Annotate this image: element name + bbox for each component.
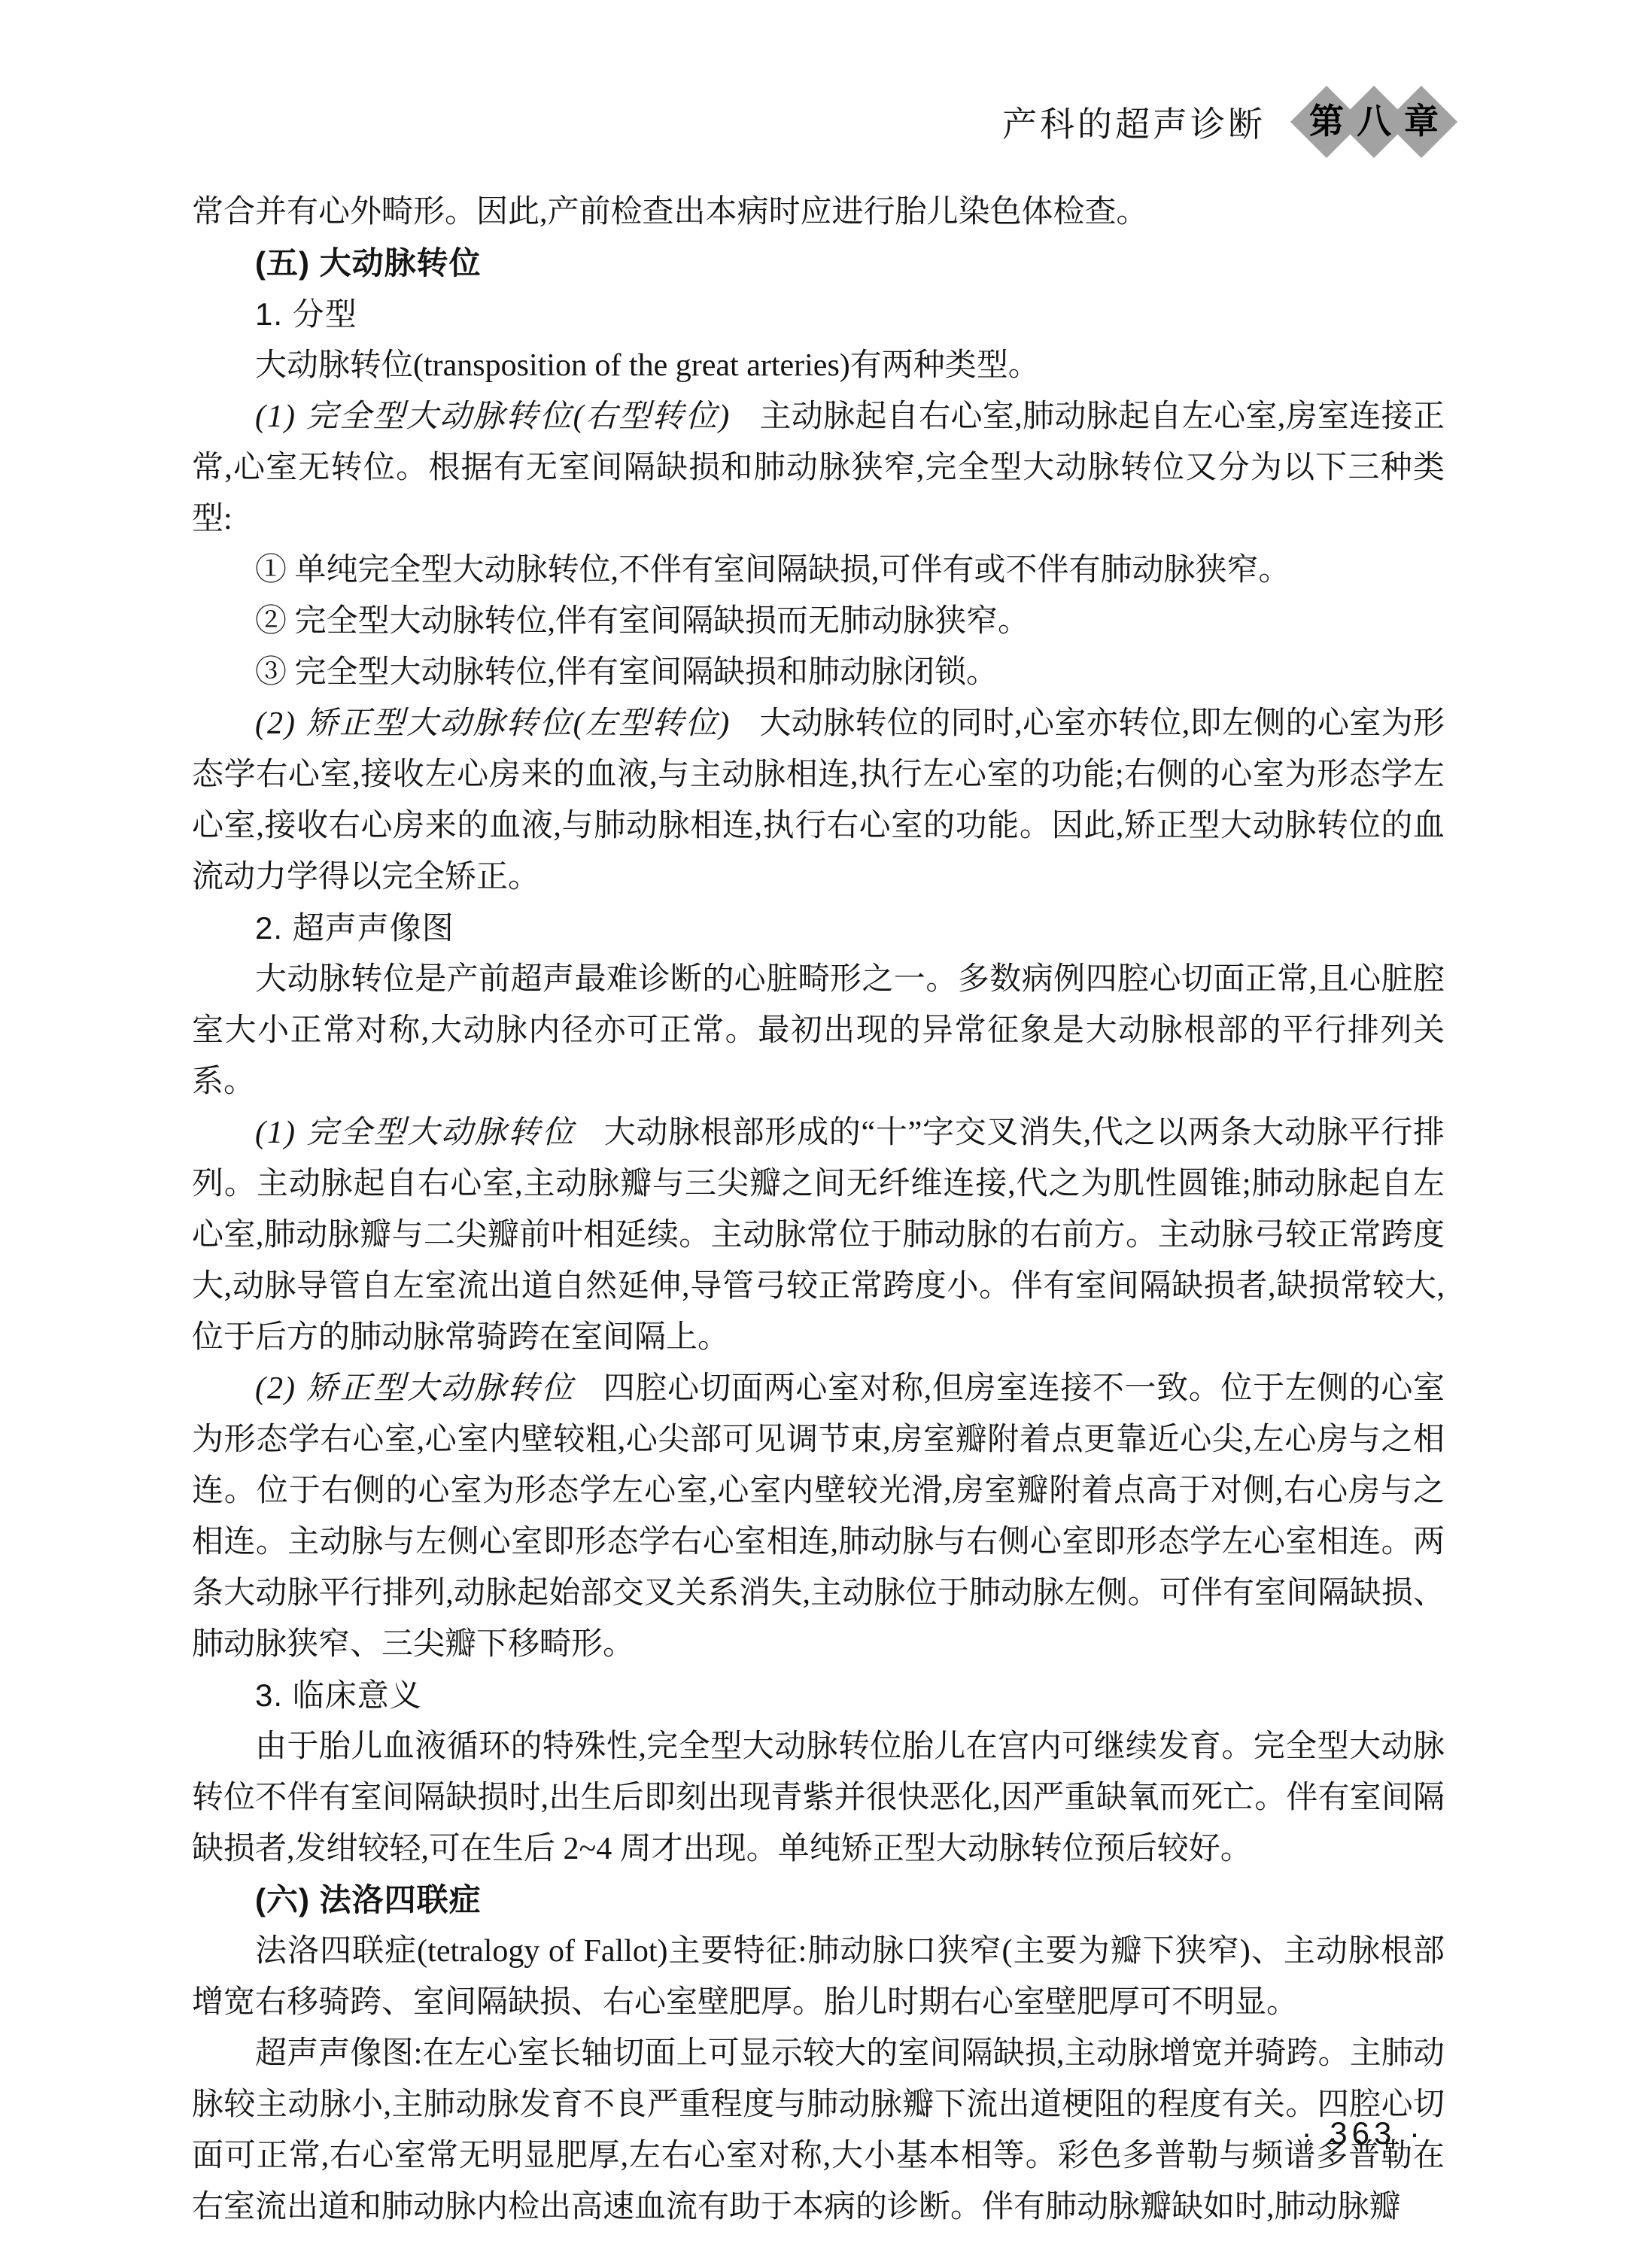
subsection-leadin: (1) 完全型大动脉转位(右型转位) xyxy=(255,399,731,434)
chapter-diamond-3-icon: 章 xyxy=(1385,86,1457,158)
paragraph-continuation: 常合并有心外畸形。因此,产前检查出本病时应进行胎儿染色体检查。 xyxy=(192,187,1445,238)
subheading-clinical: 3. 临床意义 xyxy=(192,1670,1445,1721)
paragraph: 法洛四联症(tetralogy of Fallot)主要特征:肺动脉口狭窄(主要… xyxy=(192,1926,1445,2028)
running-title: 产科的超声诊断 xyxy=(1002,97,1266,147)
paragraph-leadin: (2) 矫正型大动脉转位四腔心切面两心室对称,但房室连接不一致。位于左侧的心室为… xyxy=(192,1363,1445,1670)
paragraph-leadin: (2) 矫正型大动脉转位(左型转位)大动脉转位的同时,心室亦转位,即左侧的心室为… xyxy=(192,698,1445,903)
paragraph-leadin: (1) 完全型大动脉转位大动脉根部形成的“十”字交叉消失,代之以两条大动脉平行排… xyxy=(192,1107,1445,1363)
book-page: 产科的超声诊断 第 八 章 常合并有心外畸形。因此,产前检查出本病时应进行胎儿染… xyxy=(0,0,1629,2268)
subsection-leadin: (2) 矫正型大动脉转位 xyxy=(255,1371,575,1406)
list-item: ③ 完全型大动脉转位,伴有室间隔缺损和肺动脉闭锁。 xyxy=(192,647,1445,698)
paragraph: 超声声像图:在左心室长轴切面上可显示较大的室间隔缺损,主动脉增宽并骑跨。主肺动脉… xyxy=(192,2028,1445,2233)
subsection-leadin: (2) 矫正型大动脉转位(左型转位) xyxy=(255,706,731,741)
page-header: 产科的超声诊断 第 八 章 xyxy=(1002,96,1447,147)
chapter-char: 章 xyxy=(1404,105,1439,139)
subheading-typing: 1. 分型 xyxy=(192,289,1445,340)
list-item: ① 单纯完全型大动脉转位,不伴有室间隔缺损,可伴有或不伴有肺动脉狭窄。 xyxy=(192,545,1445,596)
paragraph-leadin: (1) 完全型大动脉转位(右型转位)主动脉起自右心室,肺动脉起自左心室,房室连接… xyxy=(192,391,1445,545)
page-body: 常合并有心外畸形。因此,产前检查出本病时应进行胎儿染色体检查。 (五) 大动脉转… xyxy=(192,187,1445,2233)
section-heading-5: (五) 大动脉转位 xyxy=(192,238,1445,289)
list-item: ② 完全型大动脉转位,伴有室间隔缺损而无肺动脉狭窄。 xyxy=(192,596,1445,647)
paragraph: 大动脉转位(transposition of the great arterie… xyxy=(192,340,1445,391)
paragraph-text: 四腔心切面两心室对称,但房室连接不一致。位于左侧的心室为形态学右心室,心室内壁较… xyxy=(192,1371,1445,1662)
subsection-leadin: (1) 完全型大动脉转位 xyxy=(255,1116,576,1150)
paragraph: 由于胎儿血液循环的特殊性,完全型大动脉转位胎儿在宫内可继续发育。完全型大动脉转位… xyxy=(192,1721,1445,1875)
section-heading-6: (六) 法洛四联症 xyxy=(192,1875,1445,1926)
paragraph-text: 大动脉根部形成的“十”字交叉消失,代之以两条大动脉平行排列。主动脉起自右心室,主… xyxy=(192,1116,1445,1355)
page-number: · 363 · xyxy=(1302,2115,1424,2151)
subheading-sonogram: 2. 超声声像图 xyxy=(192,903,1445,954)
chapter-badge: 第 八 章 xyxy=(1305,96,1447,147)
paragraph: 大动脉转位是产前超声最难诊断的心脏畸形之一。多数病例四腔心切面正常,且心脏腔室大… xyxy=(192,954,1445,1107)
